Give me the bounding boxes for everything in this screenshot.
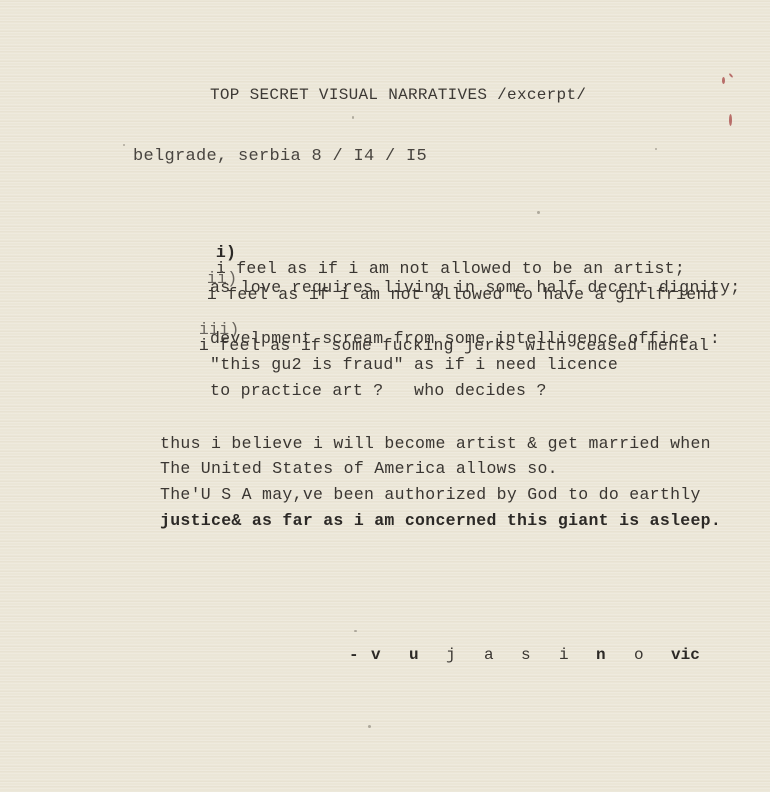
paper-speck (123, 144, 125, 146)
ink-stain (722, 77, 725, 84)
signature-char: o (634, 646, 671, 664)
dateline: belgrade, serbia 8 / I4 / I5 (133, 148, 427, 165)
signature: - v u j a s i n o vic (349, 646, 700, 664)
signature-char: s (521, 646, 559, 664)
paragraph-line: The United States of America allows so. (160, 461, 558, 478)
paragraph-line: The'U S A may,ve been authorized by God … (160, 487, 701, 504)
signature-char: n (596, 646, 634, 664)
signature-char: i (559, 646, 596, 664)
ink-stain (729, 73, 734, 78)
paper-speck (655, 148, 657, 150)
list-item-3-continuation: "this gu2 is fraud" as if i need licence (210, 357, 618, 374)
signature-char: - (349, 646, 371, 664)
list-item-3-continuation: develpment scream from some intelligence… (210, 331, 720, 348)
ink-stain (729, 114, 732, 126)
signature-char: vic (671, 646, 700, 664)
typewritten-page: TOP SECRET VISUAL NARRATIVES /excerpt/ b… (0, 0, 770, 792)
signature-char: u (409, 646, 446, 664)
paper-speck (368, 725, 371, 728)
paragraph-line: thus i believe i will become artist & ge… (160, 436, 711, 453)
signature-char: a (484, 646, 521, 664)
signature-char: v (371, 646, 409, 664)
signature-char: j (446, 646, 484, 664)
document-title: TOP SECRET VISUAL NARRATIVES /excerpt/ (210, 87, 586, 103)
paper-speck (537, 211, 540, 214)
paragraph-line: justice& as far as i am concerned this g… (160, 513, 721, 530)
list-item-2-continuation: as love requires living in some half dec… (210, 280, 740, 297)
paper-speck (354, 630, 357, 632)
list-item-3-continuation: to practice art ? who decides ? (210, 383, 547, 400)
paper-speck (352, 116, 354, 119)
